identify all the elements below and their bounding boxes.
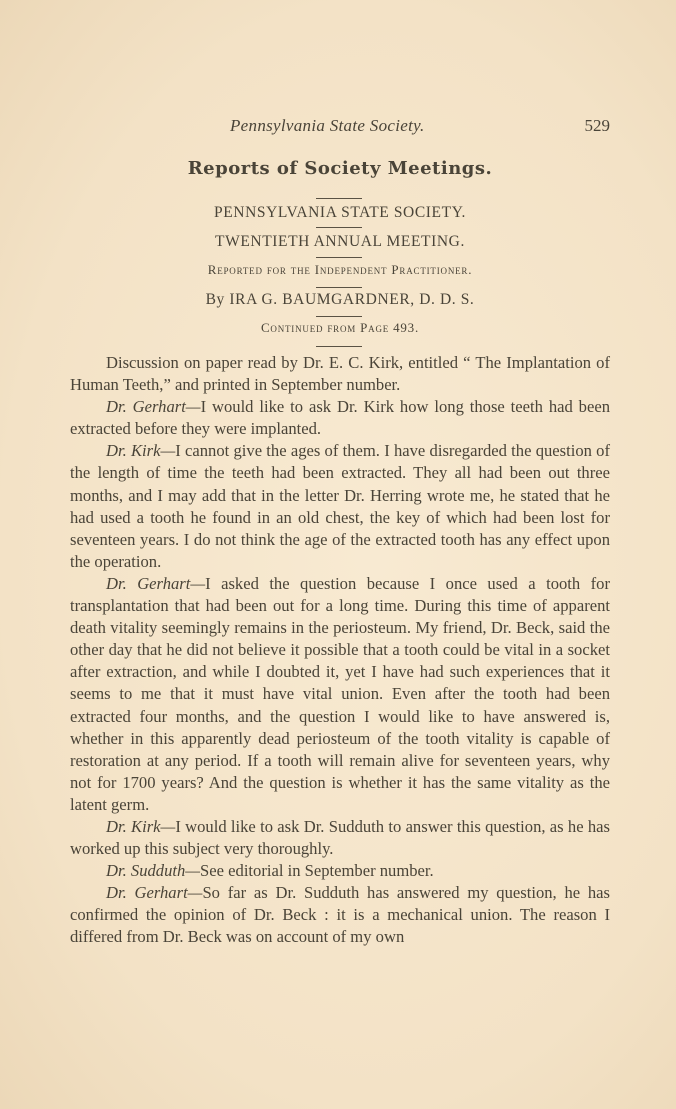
running-head: Pennsylvania State Society. 529 [70,116,610,138]
divider-rule [316,257,362,258]
reported-for-line: Reported for the Independent Practitione… [70,262,610,278]
paragraph-text: I asked the question because I once used… [70,574,610,814]
divider-rule [316,287,362,288]
running-title: Pennsylvania State Society. [230,116,425,136]
society-heading: PENNSYLVANIA STATE SOCIETY. [70,204,610,222]
byline: By IRA G. BAUMGARDNER, D. D. S. [70,291,610,309]
paragraph: Dr. Kirk—I would like to ask Dr. Sudduth… [70,816,610,860]
page-number: 529 [585,116,611,136]
paragraph: Dr. Sudduth—See editorial in September n… [70,860,610,882]
speaker-name: Dr. Gerhart— [106,574,205,593]
paragraph: Dr. Kirk—I cannot give the ages of them.… [70,440,610,573]
divider-rule [316,346,362,347]
article-body: Discussion on paper read by Dr. E. C. Ki… [70,352,610,949]
paragraph-text: See editorial in September number. [200,861,434,880]
speaker-name: Dr. Gerhart— [106,397,201,416]
speaker-name: Dr. Kirk— [106,817,175,836]
divider-rule [316,316,362,317]
paragraph: Dr. Gerhart—So far as Dr. Sudduth has an… [70,882,610,948]
paragraph: Dr. Gerhart—I would like to ask Dr. Kirk… [70,396,610,440]
speaker-name: Dr. Kirk— [106,441,175,460]
section-title: Reports of Society Meetings. [70,158,610,179]
divider-rule [316,227,362,228]
paragraph-text: I cannot give the ages of them. I have d… [70,441,610,570]
paragraph-text: Discussion on paper read by Dr. E. C. Ki… [70,353,610,394]
meeting-heading: TWENTIETH ANNUAL MEETING. [70,233,610,251]
paragraph: Dr. Gerhart—I asked the question because… [70,573,610,816]
divider-rule [316,198,362,199]
speaker-name: Dr. Gerhart— [106,883,202,902]
speaker-name: Dr. Sudduth— [106,861,200,880]
continued-line: Continued from Page 493. [70,320,610,336]
paragraph: Discussion on paper read by Dr. E. C. Ki… [70,352,610,396]
